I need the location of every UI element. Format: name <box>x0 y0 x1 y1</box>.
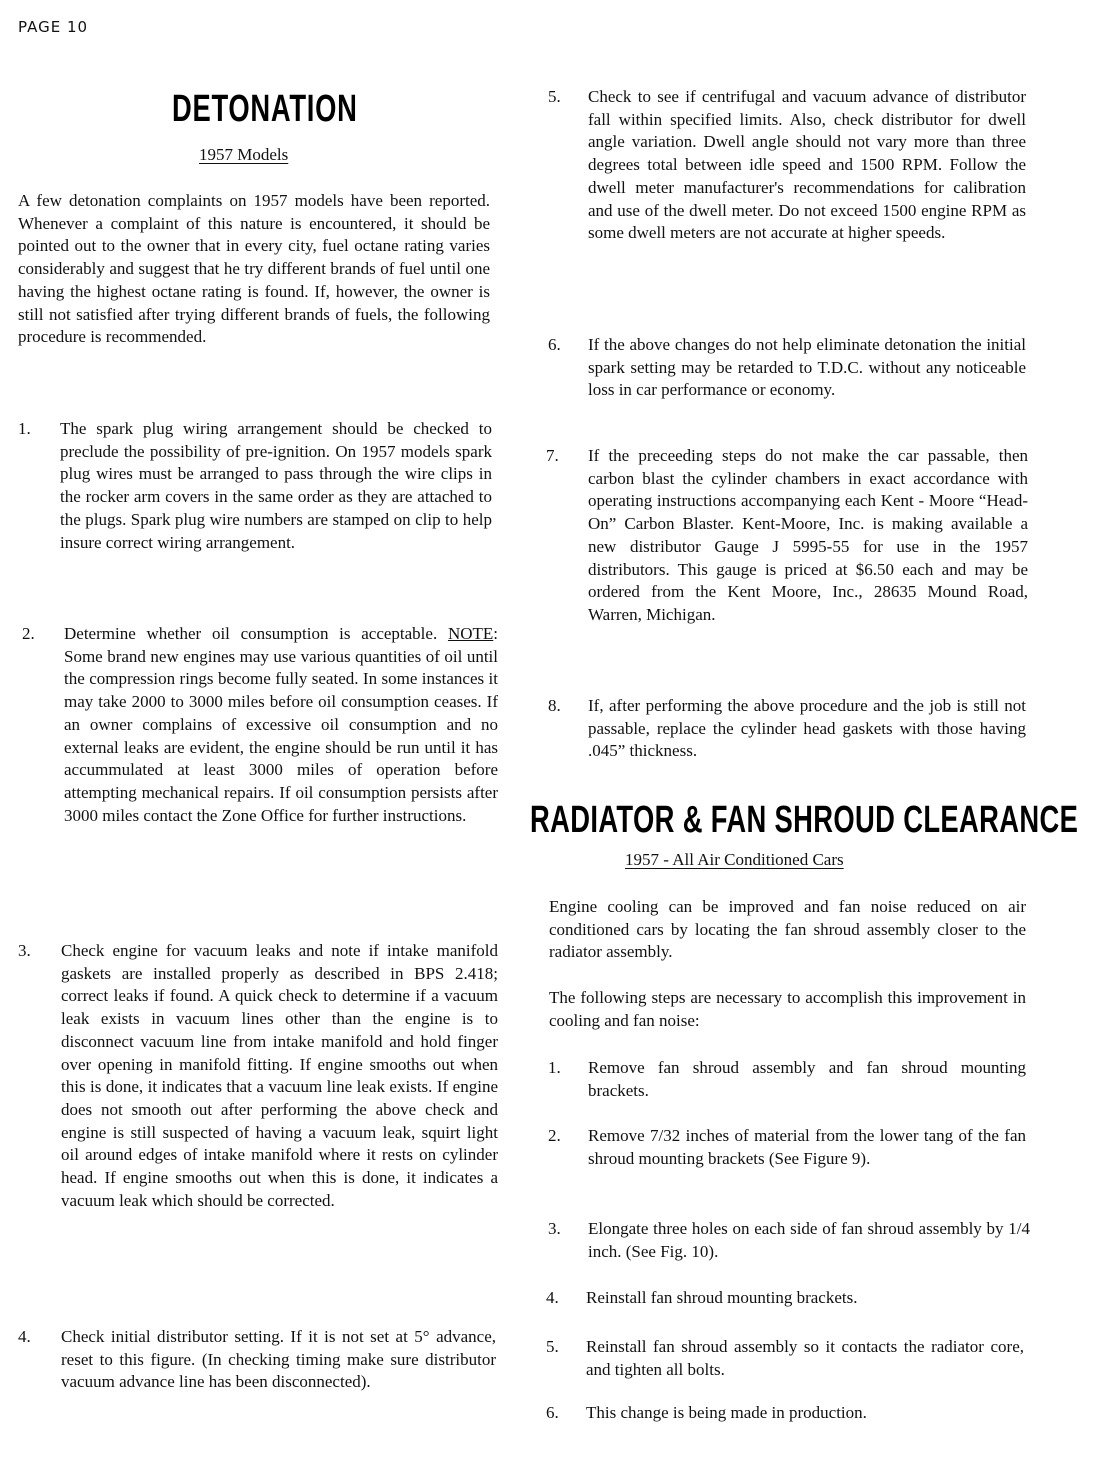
detonation-subheading: 1957 Models <box>199 145 288 165</box>
step-text: If the preceeding steps do not make the … <box>546 445 1028 627</box>
step-number: 6. <box>548 334 561 357</box>
detonation-step-1: 1. The spark plug wiring arrangement sho… <box>18 418 492 554</box>
detonation-step-4: 4. Check initial distributor setting. If… <box>18 1326 496 1394</box>
step-number: 3. <box>548 1218 561 1241</box>
step-text: This change is being made in production. <box>546 1402 1024 1425</box>
step-text: Check engine for vacuum leaks and note i… <box>18 940 498 1212</box>
step-number: 8. <box>548 695 561 718</box>
detonation-step-5: 5. Check to see if centrifugal and vacuu… <box>548 86 1026 245</box>
detonation-intro: A few detonation complaints on 1957 mode… <box>18 190 490 349</box>
radiator-step-5: 5. Reinstall fan shroud assembly so it c… <box>546 1336 1024 1381</box>
page-number-label: PAGE 10 <box>18 18 88 36</box>
step-number: 6. <box>546 1402 559 1425</box>
radiator-step-4: 4. Reinstall fan shroud mounting bracket… <box>546 1287 1024 1310</box>
radiator-subheading: 1957 - All Air Conditioned Cars <box>625 850 844 870</box>
step-text: Determine whether oil consumption is acc… <box>22 623 498 827</box>
step-text: Check to see if centrifugal and vacuum a… <box>548 86 1026 245</box>
step-text: Remove 7/32 inches of material from the … <box>548 1125 1026 1170</box>
radiator-step-1: 1. Remove fan shroud assembly and fan sh… <box>548 1057 1026 1102</box>
step-number: 2. <box>22 623 35 646</box>
step-text: If, after performing the above procedure… <box>548 695 1026 763</box>
step-number: 4. <box>546 1287 559 1310</box>
radiator-lead-in: The following steps are necessary to acc… <box>549 987 1026 1032</box>
detonation-heading: DETONATION <box>172 88 358 131</box>
step-number: 2. <box>548 1125 561 1148</box>
radiator-intro: Engine cooling can be improved and fan n… <box>549 896 1026 964</box>
step-text: Check initial distributor setting. If it… <box>18 1326 496 1394</box>
radiator-step-3: 3. Elongate three holes on each side of … <box>548 1218 1030 1263</box>
step-text: Remove fan shroud assembly and fan shrou… <box>548 1057 1026 1102</box>
step-number: 4. <box>18 1326 31 1349</box>
radiator-step-6: 6. This change is being made in producti… <box>546 1402 1024 1425</box>
detonation-step-8: 8. If, after performing the above proced… <box>548 695 1026 763</box>
step-text: Elongate three holes on each side of fan… <box>548 1218 1030 1263</box>
step-number: 1. <box>548 1057 561 1080</box>
step-number: 3. <box>18 940 31 963</box>
note-label: NOTE <box>448 624 493 643</box>
detonation-step-2: 2. Determine whether oil consumption is … <box>22 623 498 827</box>
step-text: The spark plug wiring arrangement should… <box>18 418 492 554</box>
detonation-step-3: 3. Check engine for vacuum leaks and not… <box>18 940 498 1212</box>
radiator-heading: RADIATOR & FAN SHROUD CLEARANCE <box>530 799 1078 842</box>
step-number: 5. <box>548 86 561 109</box>
radiator-step-2: 2. Remove 7/32 inches of material from t… <box>548 1125 1026 1170</box>
detonation-step-6: 6. If the above changes do not help elim… <box>548 334 1026 402</box>
detonation-step-7: 7. If the preceeding steps do not make t… <box>546 445 1028 627</box>
step-number: 7. <box>546 445 559 468</box>
step-number: 5. <box>546 1336 559 1359</box>
step-text: If the above changes do not help elimina… <box>548 334 1026 402</box>
step-text: Reinstall fan shroud assembly so it cont… <box>546 1336 1024 1381</box>
step-text: Reinstall fan shroud mounting brackets. <box>546 1287 1024 1310</box>
step-number: 1. <box>18 418 31 441</box>
